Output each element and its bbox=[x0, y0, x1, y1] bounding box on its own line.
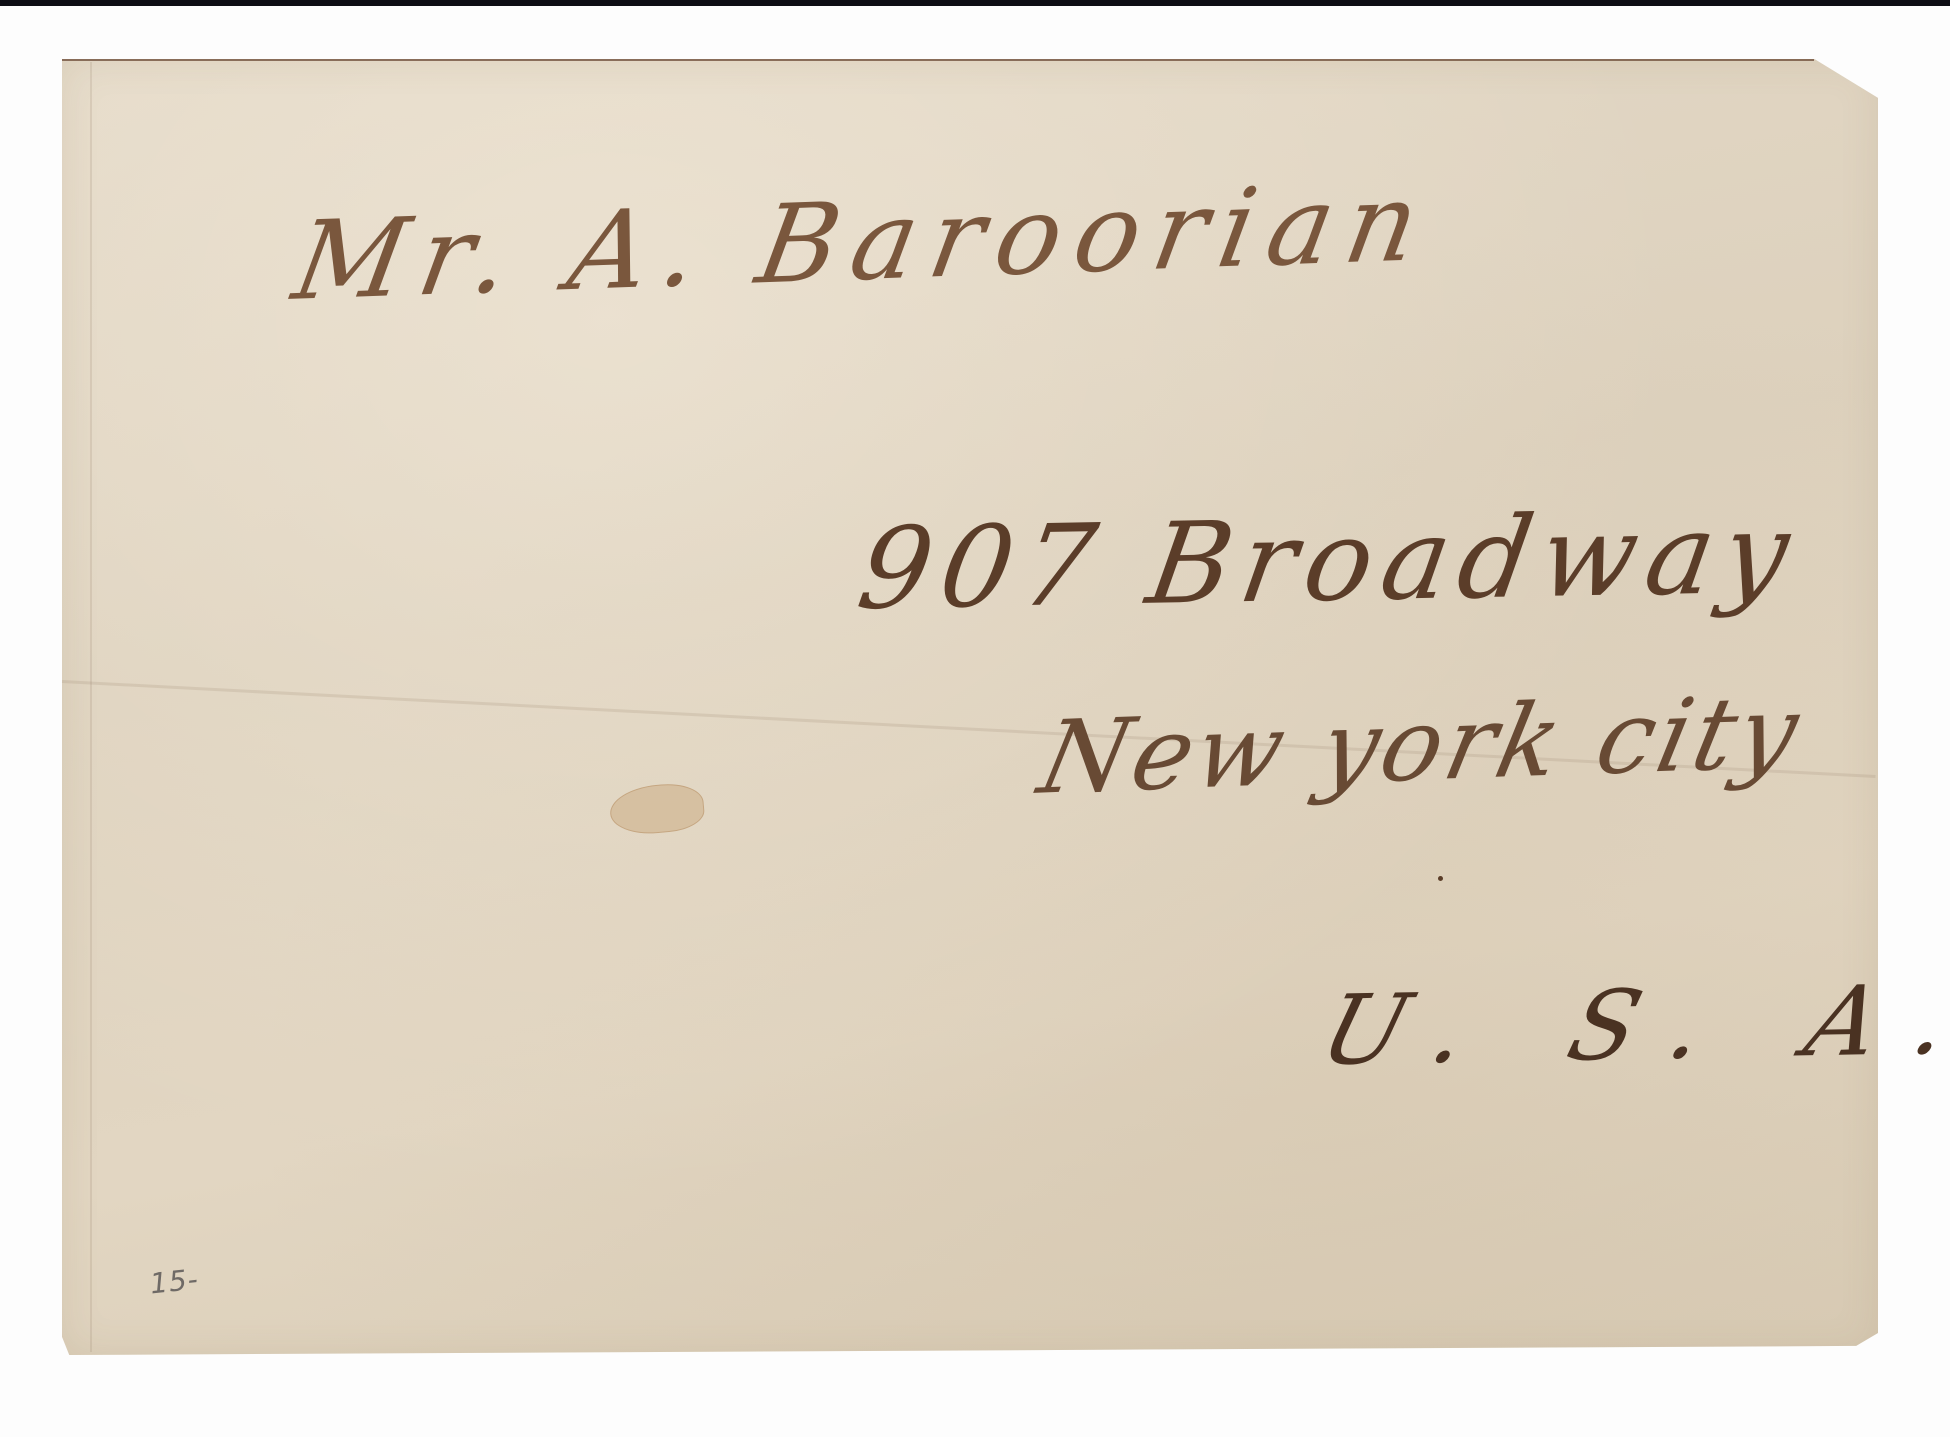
ink-speck bbox=[1438, 876, 1443, 881]
pencil-price-note: 15- bbox=[148, 1263, 200, 1301]
street-address: 907 Broadway bbox=[850, 488, 1808, 635]
envelope-top-edge bbox=[62, 59, 1814, 61]
scanner-top-bar bbox=[0, 0, 1950, 6]
country-line: U. S. A. bbox=[1310, 963, 1950, 1087]
fold-crease-vertical bbox=[90, 62, 92, 1352]
